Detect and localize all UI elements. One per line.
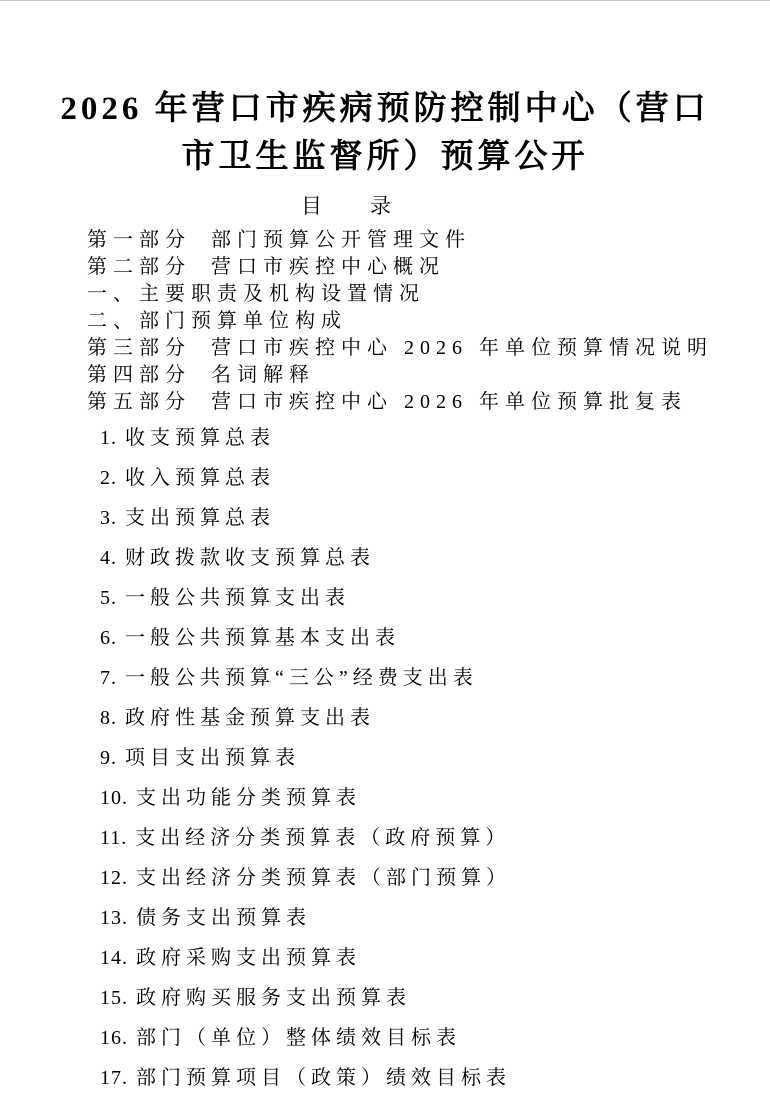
toc-table-title: 部门预算项目（政策）绩效目标表	[136, 1067, 511, 1089]
toc-section-row: 第一部分部门预算公开管理文件	[87, 227, 770, 254]
toc-table-number: 11.	[100, 827, 127, 849]
toc-table-number: 3.	[100, 507, 117, 529]
toc-table-number: 14.	[100, 947, 128, 969]
document-title-line-1: 2026 年营口市疾病预防控制中心（营口	[40, 85, 730, 133]
toc-table-row: 4.财政拨款收支预算总表	[100, 538, 770, 578]
toc-section-label: 二、	[87, 310, 139, 332]
toc-section-row: 一、主要职责及机构设置情况	[87, 281, 770, 308]
toc-table-row: 6.一般公共预算基本支出表	[100, 618, 770, 658]
toc-section-title: 名词解释	[211, 364, 315, 386]
toc-section-title: 部门预算单位构成	[139, 310, 347, 332]
toc-table-row: 3.支出预算总表	[100, 498, 770, 538]
toc-table-row: 13.债务支出预算表	[100, 898, 770, 938]
toc-table-title: 一般公共预算基本支出表	[125, 627, 400, 649]
document-title-line-2: 市卫生监督所）预算公开	[40, 133, 730, 181]
toc-table-number: 13.	[100, 907, 128, 929]
toc-section-row: 第五部分营口市疾控中心 2026 年单位预算批复表	[87, 389, 770, 416]
toc-table-number: 15.	[100, 987, 128, 1009]
toc-section-label: 第四部分	[87, 364, 191, 386]
toc-table-row: 17.部门预算项目（政策）绩效目标表	[100, 1058, 770, 1098]
toc-table-number: 17.	[100, 1067, 128, 1089]
toc-section-label: 一、	[87, 283, 139, 305]
toc-section-title: 部门预算公开管理文件	[211, 229, 471, 251]
toc-table-title: 支出经济分类预算表（部门预算）	[136, 867, 511, 889]
toc-section-row: 二、部门预算单位构成	[87, 308, 770, 335]
toc-table-title: 支出经济分类预算表（政府预算）	[135, 827, 510, 849]
toc-table-title: 项目支出预算表	[125, 747, 300, 769]
toc-section-title: 主要职责及机构设置情况	[139, 283, 425, 305]
toc-table-row: 12.支出经济分类预算表（部门预算）	[100, 858, 770, 898]
toc-table-title: 政府性基金预算支出表	[125, 707, 375, 729]
toc-table-number: 4.	[100, 547, 117, 569]
toc-table-title: 收支预算总表	[125, 427, 275, 449]
toc-table-title: 政府购买服务支出预算表	[136, 987, 411, 1009]
toc-table-row: 9.项目支出预算表	[100, 738, 770, 778]
toc-table-title: 支出预算总表	[125, 507, 275, 529]
toc-table-number: 10.	[100, 787, 128, 809]
toc-table-title: 收入预算总表	[125, 467, 275, 489]
toc-section-label: 第一部分	[87, 229, 191, 251]
toc-table-row: 15.政府购买服务支出预算表	[100, 978, 770, 1018]
toc-table-row: 2.收入预算总表	[100, 458, 770, 498]
toc-table-row: 16.部门（单位）整体绩效目标表	[100, 1018, 770, 1058]
toc-section-row: 第二部分营口市疾控中心概况	[87, 254, 770, 281]
toc-table-row: 14.政府采购支出预算表	[100, 938, 770, 978]
toc-table-row: 11.支出经济分类预算表（政府预算）	[100, 818, 770, 858]
toc-table-number: 9.	[100, 747, 117, 769]
document-title: 2026 年营口市疾病预防控制中心（营口 市卫生监督所）预算公开	[40, 85, 730, 181]
toc-table-number: 5.	[100, 587, 117, 609]
toc-section-label: 第二部分	[87, 256, 191, 278]
toc-section-title: 营口市疾控中心 2026 年单位预算批复表	[211, 391, 687, 413]
toc-table-number: 1.	[100, 427, 117, 449]
toc-table-row: 10.支出功能分类预算表	[100, 778, 770, 818]
toc-table-title: 政府采购支出预算表	[136, 947, 361, 969]
document-page: 2026 年营口市疾病预防控制中心（营口 市卫生监督所）预算公开 目 录 第一部…	[0, 0, 770, 1099]
toc-table-number: 6.	[100, 627, 117, 649]
toc-table-number: 2.	[100, 467, 117, 489]
toc-section-row: 第三部分营口市疾控中心 2026 年单位预算情况说明	[87, 335, 770, 362]
toc-table-title: 债务支出预算表	[136, 907, 311, 929]
toc-table-number: 7.	[100, 667, 117, 689]
toc-table-number: 12.	[100, 867, 128, 889]
toc-table-title: 财政拨款收支预算总表	[125, 547, 375, 569]
toc-heading: 目 录	[0, 190, 770, 220]
toc-table-list: 1.收支预算总表 2.收入预算总表 3.支出预算总表 4.财政拨款收支预算总表 …	[100, 418, 770, 1098]
toc-table-title: 一般公共预算支出表	[125, 587, 350, 609]
toc-table-title: 一般公共预算“三公”经费支出表	[125, 667, 478, 689]
toc-table-row: 1.收支预算总表	[100, 418, 770, 458]
toc-table-number: 16.	[100, 1027, 128, 1049]
toc-section-title: 营口市疾控中心概况	[211, 256, 445, 278]
toc-section-list: 第一部分部门预算公开管理文件 第二部分营口市疾控中心概况 一、主要职责及机构设置…	[87, 227, 770, 416]
toc-section-title: 营口市疾控中心 2026 年单位预算情况说明	[211, 337, 713, 359]
toc-table-row: 7.一般公共预算“三公”经费支出表	[100, 658, 770, 698]
toc-section-label: 第三部分	[87, 337, 191, 359]
toc-table-row: 8.政府性基金预算支出表	[100, 698, 770, 738]
toc-section-label: 第五部分	[87, 391, 191, 413]
toc-table-row: 5.一般公共预算支出表	[100, 578, 770, 618]
toc-section-row: 第四部分名词解释	[87, 362, 770, 389]
toc-table-number: 8.	[100, 707, 117, 729]
toc-table-title: 部门（单位）整体绩效目标表	[136, 1027, 461, 1049]
toc-table-title: 支出功能分类预算表	[136, 787, 361, 809]
